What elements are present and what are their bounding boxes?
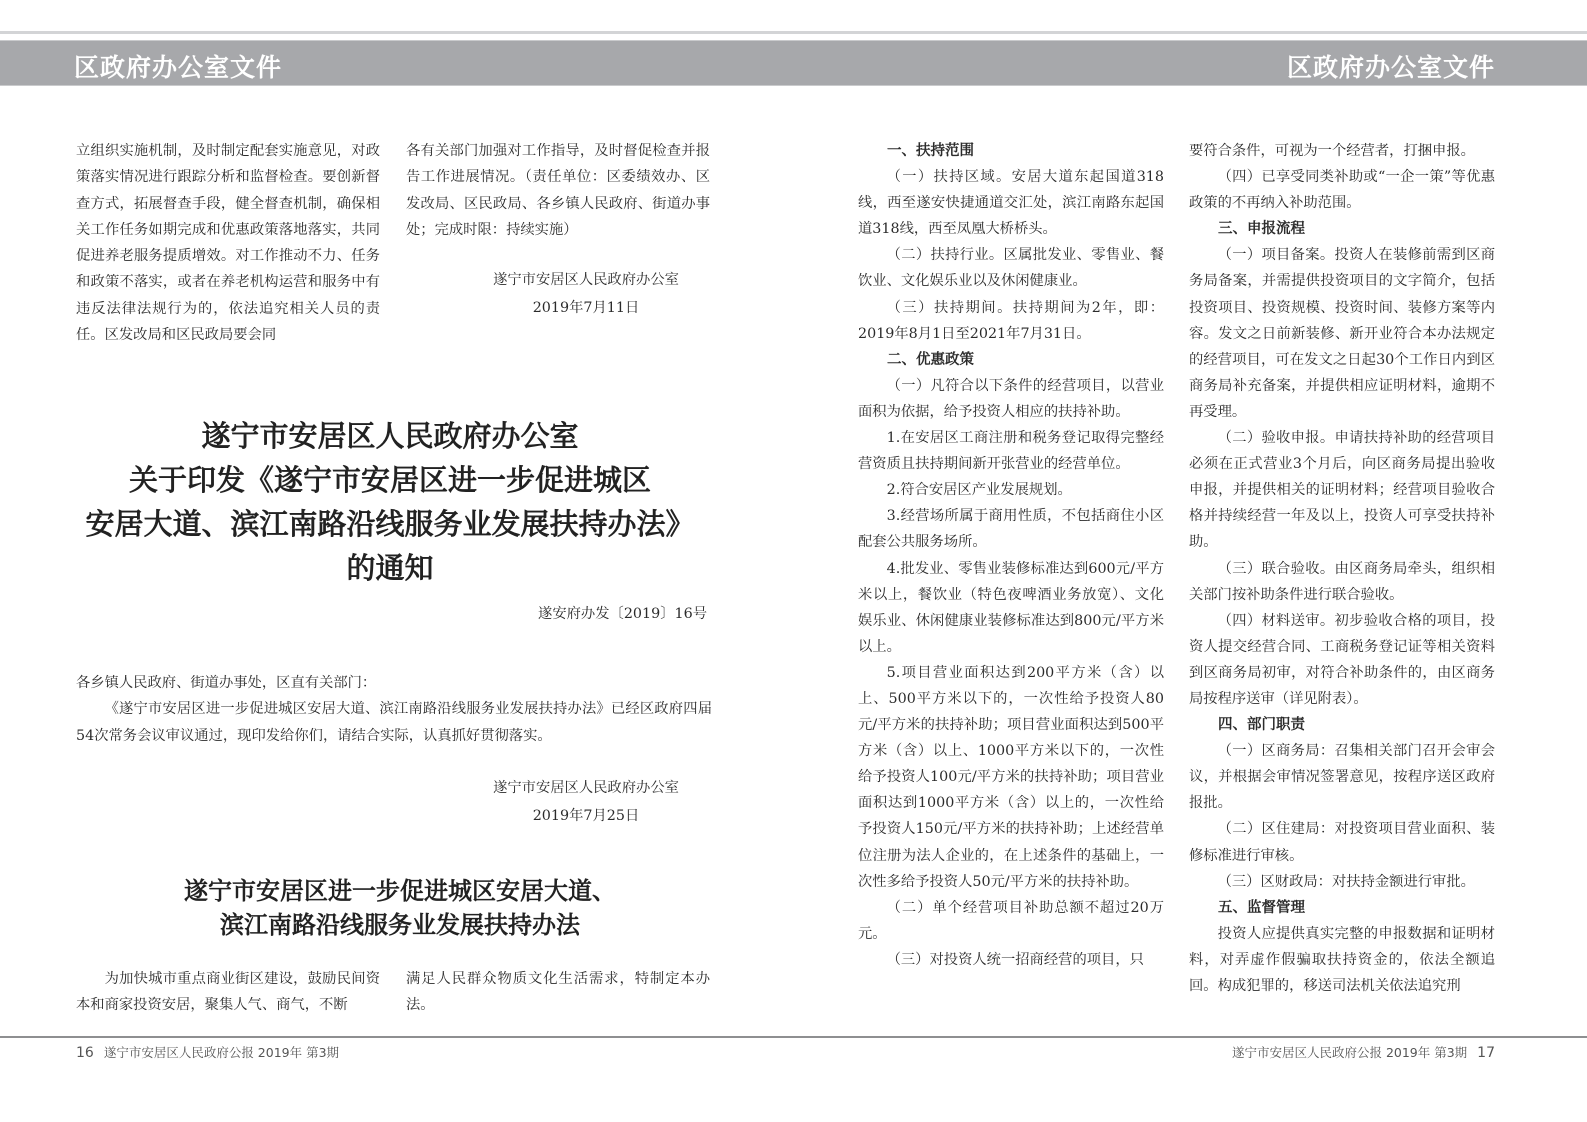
date: 2019年7月25日	[486, 802, 686, 830]
section-heading: 四、部门职责	[1189, 712, 1495, 738]
section-heading: 五、监督管理	[1189, 895, 1495, 921]
paragraph: （四）材料送审。初步验收合格的项目，投资人提交经营合同、工商税务登记证等相关资料…	[1189, 608, 1495, 712]
paragraph: （二）单个经营项目补助总额不超过20万元。	[858, 895, 1164, 947]
paragraph: （三）联合验收。由区商务局牵头，组织相关部门按补助条件进行联合验收。	[1189, 556, 1495, 608]
right-section-banner: 区政府办公室文件	[790, 40, 1587, 86]
notice-title: 遂宁市安居区人民政府办公室 关于印发《遂宁市安居区进一步促进城区 安居大道、滨江…	[40, 414, 740, 590]
signature: 遂宁市安居区人民政府办公室	[486, 266, 686, 294]
paragraph: （二）区住建局：对投资项目营业面积、装修标准进行审核。	[1189, 816, 1495, 868]
right-footer: 遂宁市安居区人民政府公报 2019年 第3期 17	[1232, 1043, 1501, 1061]
paragraph: 《遂宁市安居区进一步促进城区安居大道、滨江南路沿线服务业发展扶持办法》已经区政府…	[76, 696, 712, 749]
publication-name: 遂宁市安居区人民政府公报 2019年 第3期	[1232, 1045, 1467, 1060]
prev-article-column-2: 各有关部门加强对工作指导，及时督促检查并报告工作进展情况。（责任单位：区委绩效办…	[406, 138, 710, 243]
paragraph: 要符合条件，可视为一个经营者，打捆申报。	[1189, 138, 1495, 164]
paragraph: 2.符合安居区产业发展规划。	[858, 477, 1164, 503]
paragraph: 5.项目营业面积达到200平方米（含）以上、500平方米以下的，一次性给予投资人…	[858, 660, 1164, 895]
paragraph: 4.批发业、零售业装修标准达到600元/平方米以上，餐饮业（特色夜啤酒业务放宽）…	[858, 556, 1164, 660]
title-line: 遂宁市安居区进一步促进城区安居大道、	[60, 874, 740, 908]
title-line: 的通知	[40, 546, 740, 590]
measures-title: 遂宁市安居区进一步促进城区安居大道、 滨江南路沿线服务业发展扶持办法	[60, 874, 740, 942]
left-section-banner: 区政府办公室文件	[0, 40, 790, 86]
paragraph: （一）扶持区域。安居大道东起国道318线，西至遂安快捷通道交汇处，滨江南路东起国…	[858, 164, 1164, 242]
paragraph: （二）扶持行业。区属批发业、零售业、餐饮业、文化娱乐业以及休闲健康业。	[858, 242, 1164, 294]
paragraph: 3.经营场所属于商用性质，不包括商住小区配套公共服务场所。	[858, 503, 1164, 555]
paragraph: （一）区商务局：召集相关部门召开会审会议，并根据会审情况签署意见，按程序送区政府…	[1189, 738, 1495, 816]
prev-article-signature-block: 遂宁市安居区人民政府办公室 2019年7月11日	[486, 266, 686, 322]
measures-intro-column-1: 为加快城市重点商业街区建设，鼓励民间资本和商家投资安居，聚集人气、商气，不断	[76, 966, 380, 1019]
right-page-column-1: 一、扶持范围（一）扶持区域。安居大道东起国道318线，西至遂安快捷通道交汇处，滨…	[858, 138, 1164, 973]
paragraph: （二）验收申报。申请扶持补助的经营项目必须在正式营业3个月后，向区商务局提出验收…	[1189, 425, 1495, 555]
paragraph: （一）项目备案。投资人在装修前需到区商务局备案，并需提供投资项目的文字简介，包括…	[1189, 242, 1495, 425]
title-line: 安居大道、滨江南路沿线服务业发展扶持办法》	[40, 502, 740, 546]
document-number: 遂安府办发〔2019〕16号	[538, 603, 707, 623]
prev-article-column-1: 立组织实施机制，及时制定配套实施意见，对政策落实情况进行跟踪分析和监督检查。要创…	[76, 138, 380, 348]
paragraph: 满足人民群众物质文化生活需求，特制定本办法。	[406, 966, 710, 1019]
publication-name: 遂宁市安居区人民政府公报 2019年 第3期	[104, 1045, 339, 1060]
paragraph: 投资人应提供真实完整的申报数据和证明材料，对弄虚作假骗取扶持资金的，依法全额追回…	[1189, 921, 1495, 999]
measures-intro-column-2: 满足人民群众物质文化生活需求，特制定本办法。	[406, 966, 710, 1019]
signature: 遂宁市安居区人民政府办公室	[486, 774, 686, 802]
left-footer: 16 遂宁市安居区人民政府公报 2019年 第3期	[70, 1043, 339, 1061]
title-line: 滨江南路沿线服务业发展扶持办法	[60, 908, 740, 942]
section-title: 区政府办公室文件	[74, 48, 282, 84]
section-heading: 二、优惠政策	[858, 347, 1164, 373]
top-rule	[0, 31, 1587, 34]
title-line: 关于印发《遂宁市安居区进一步促进城区	[40, 458, 740, 502]
paragraph: （四）已享受同类补助或“一企一策”等优惠政策的不再纳入补助范围。	[1189, 164, 1495, 216]
section-heading: 三、申报流程	[1189, 216, 1495, 242]
section-title: 区政府办公室文件	[1287, 48, 1495, 84]
salutation: 各乡镇人民政府、街道办事处，区直有关部门：	[76, 670, 712, 696]
paragraph: 立组织实施机制，及时制定配套实施意见，对政策落实情况进行跟踪分析和监督检查。要创…	[76, 138, 380, 348]
section-heading: 一、扶持范围	[858, 138, 1164, 164]
paragraph: （一）凡符合以下条件的经营项目，以营业面积为依据，给予投资人相应的扶持补助。	[858, 373, 1164, 425]
paragraph: 各有关部门加强对工作指导，及时督促检查并报告工作进展情况。（责任单位：区委绩效办…	[406, 138, 710, 243]
page-number: 17	[1477, 1045, 1495, 1061]
date: 2019年7月11日	[486, 294, 686, 322]
right-page-column-2: 要符合条件，可视为一个经营者，打捆申报。（四）已享受同类补助或“一企一策”等优惠…	[1189, 138, 1495, 999]
notice-body: 各乡镇人民政府、街道办事处，区直有关部门： 《遂宁市安居区进一步促进城区安居大道…	[76, 670, 712, 749]
paragraph: （三）区财政局：对扶持金额进行审批。	[1189, 869, 1495, 895]
notice-signature-block: 遂宁市安居区人民政府办公室 2019年7月25日	[486, 774, 686, 830]
paragraph: （三）对投资人统一招商经营的项目，只	[858, 947, 1164, 973]
paragraph: 1.在安居区工商注册和税务登记取得完整经营资质且扶持期间新开张营业的经营单位。	[858, 425, 1164, 477]
title-line: 遂宁市安居区人民政府办公室	[40, 414, 740, 458]
paragraph: （三）扶持期间。扶持期间为2年，即：2019年8月1日至2021年7月31日。	[858, 295, 1164, 347]
footer-rule	[0, 1036, 1587, 1038]
page-number: 16	[76, 1045, 94, 1061]
paragraph: 为加快城市重点商业街区建设，鼓励民间资本和商家投资安居，聚集人气、商气，不断	[76, 966, 380, 1019]
